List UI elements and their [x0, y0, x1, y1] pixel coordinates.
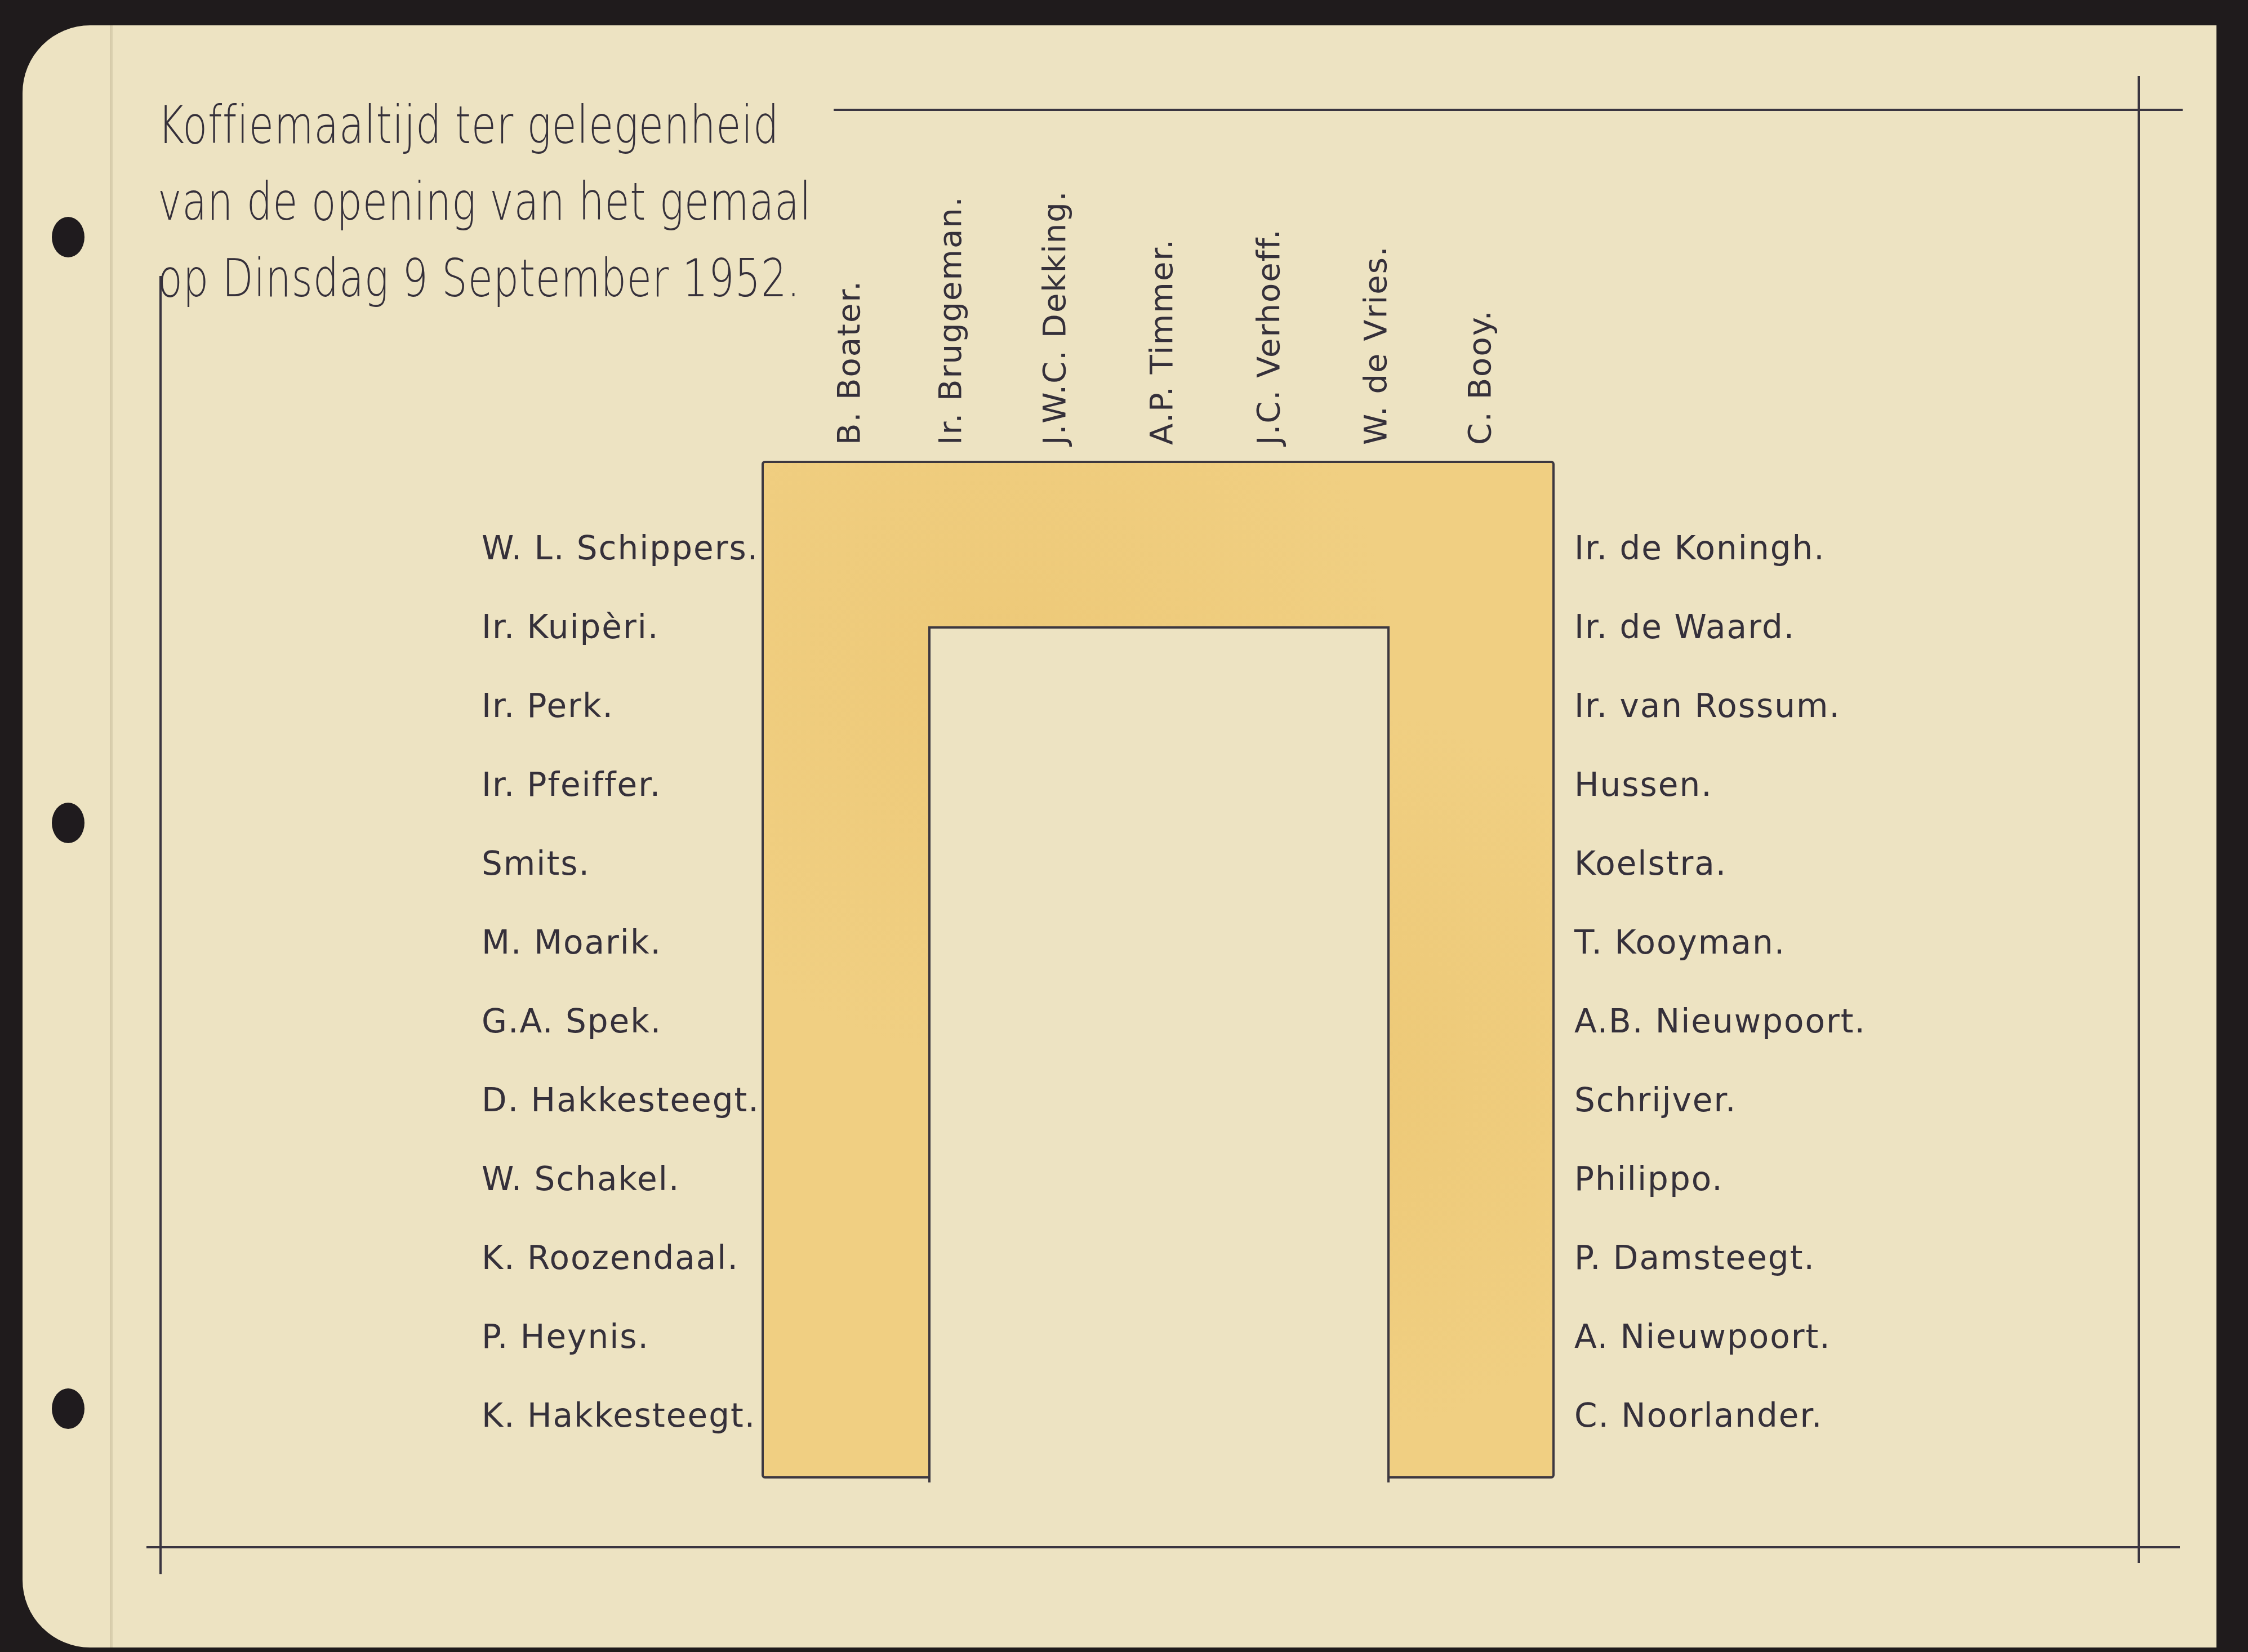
punch-hole	[52, 217, 84, 257]
head-seat-4: A.P. Timmer.	[1143, 238, 1180, 445]
left-seat: K. Roozendaal.	[482, 1218, 760, 1297]
left-seat: K. Hakkesteegt.	[482, 1376, 760, 1455]
head-seat-7: C. Booy.	[1462, 309, 1498, 445]
page-title: Koffiemaaltijd ter gelegenheid van de op…	[158, 87, 812, 317]
head-seat-2: Ir. Bruggeman.	[932, 195, 969, 445]
right-seat: Schrijver.	[1574, 1061, 1866, 1139]
right-seat: Koelstra.	[1574, 824, 1866, 903]
right-seat: C. Noorlander.	[1574, 1376, 1866, 1455]
left-seat: M. Moarik.	[482, 903, 760, 982]
punch-hole	[52, 1388, 84, 1429]
right-seat: T. Kooyman.	[1574, 903, 1866, 982]
head-seat-6: W. de Vries.	[1357, 245, 1394, 445]
title-line-3: op Dinsdag 9 September 1952.	[158, 241, 812, 317]
left-seat: P. Heynis.	[482, 1297, 760, 1376]
left-seat: Smits.	[482, 824, 760, 903]
right-side-names: Ir. de Koningh. Ir. de Waard. Ir. van Ro…	[1574, 509, 1866, 1455]
right-seat: P. Damsteegt.	[1574, 1218, 1866, 1297]
frame-right-line	[2138, 76, 2140, 1563]
frame-left-line	[159, 276, 162, 1574]
left-seat: Ir. Pfeiffer.	[482, 745, 760, 824]
left-side-names: W. L. Schippers. Ir. Kuipèri. Ir. Perk. …	[482, 509, 760, 1455]
head-seat-3: J.W.C. Dekking.	[1036, 190, 1073, 445]
title-line-1: Koffiemaaltijd ter gelegenheid	[158, 87, 812, 164]
left-seat: W. L. Schippers.	[482, 509, 760, 587]
document-page: Koffiemaaltijd ter gelegenheid van de op…	[23, 25, 2216, 1647]
head-seat-5: J.C. Verhoeff.	[1250, 228, 1287, 445]
left-seat: Ir. Perk.	[482, 666, 760, 745]
left-seat: Ir. Kuipèri.	[482, 587, 760, 666]
table-inner-space	[928, 626, 1390, 1482]
right-seat: Hussen.	[1574, 745, 1866, 824]
left-seat: W. Schakel.	[482, 1139, 760, 1218]
left-seat: G.A. Spek.	[482, 982, 760, 1061]
right-seat: A. Nieuwpoort.	[1574, 1297, 1866, 1376]
right-seat: Ir. de Koningh.	[1574, 509, 1866, 587]
right-seat: Ir. van Rossum.	[1574, 666, 1866, 745]
head-seat-1: B. Boater.	[831, 280, 867, 445]
frame-bottom-line	[146, 1546, 2180, 1548]
frame-top-line	[834, 109, 2183, 111]
left-seat: D. Hakkesteegt.	[482, 1061, 760, 1139]
right-seat: Philippo.	[1574, 1139, 1866, 1218]
title-line-2: van de opening van het gemaal	[158, 164, 812, 241]
punch-hole	[52, 803, 84, 843]
right-seat: A.B. Nieuwpoort.	[1574, 982, 1866, 1061]
fold-line	[110, 25, 113, 1647]
right-seat: Ir. de Waard.	[1574, 587, 1866, 666]
